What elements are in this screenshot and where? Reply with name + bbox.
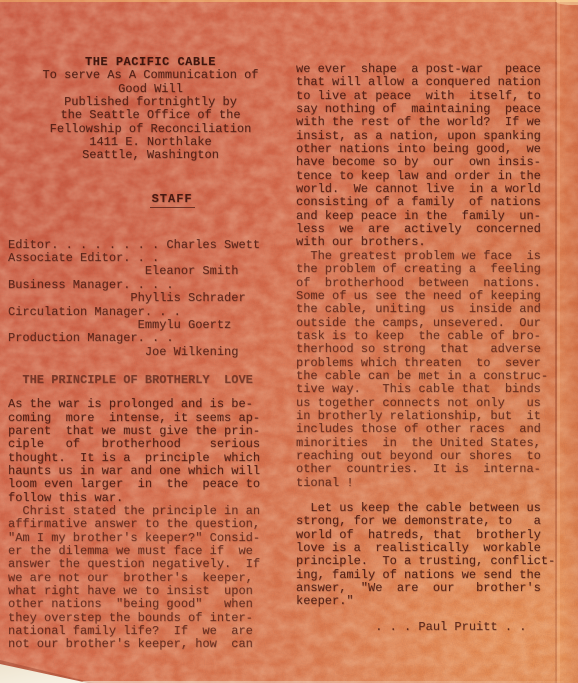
staff-heading: STAFF (8, 180, 293, 220)
article-heading: THE PRINCIPLE OF BROTHERLY LOVE (8, 374, 293, 387)
article-paragraph-1: As the war is prolonged and is be- comin… (8, 398, 293, 505)
staff-heading-label: STAFF (150, 192, 195, 208)
author-signature: . . . Paul Pruitt . . (296, 621, 562, 634)
paper-top-edge (0, 0, 578, 2)
masthead-subtitle: To serve As A Communication of Good Will… (8, 69, 293, 162)
article-paragraph-5: Let us keep the cable between us strong,… (296, 502, 562, 609)
right-column: we ever shape a post-war peace that will… (296, 52, 562, 634)
article-paragraph-3: we ever shape a post-war peace that will… (296, 63, 562, 250)
page-curl-corner (0, 664, 88, 683)
staff-list: Editor. . . . . . . . Charles Swett Asso… (8, 239, 293, 359)
paper-top-right-spot (556, 0, 578, 5)
masthead: THE PACIFIC CABLE To serve As A Communic… (8, 56, 293, 163)
article-paragraph-2: Christ stated the principle in an affirm… (8, 505, 293, 652)
newsletter-page: THE PACIFIC CABLE To serve As A Communic… (0, 0, 578, 683)
left-column: THE PACIFIC CABLE To serve As A Communic… (8, 50, 293, 652)
article-paragraph-4: The greatest problem we face is the prob… (296, 250, 562, 490)
page-curl-shadow (0, 660, 94, 683)
